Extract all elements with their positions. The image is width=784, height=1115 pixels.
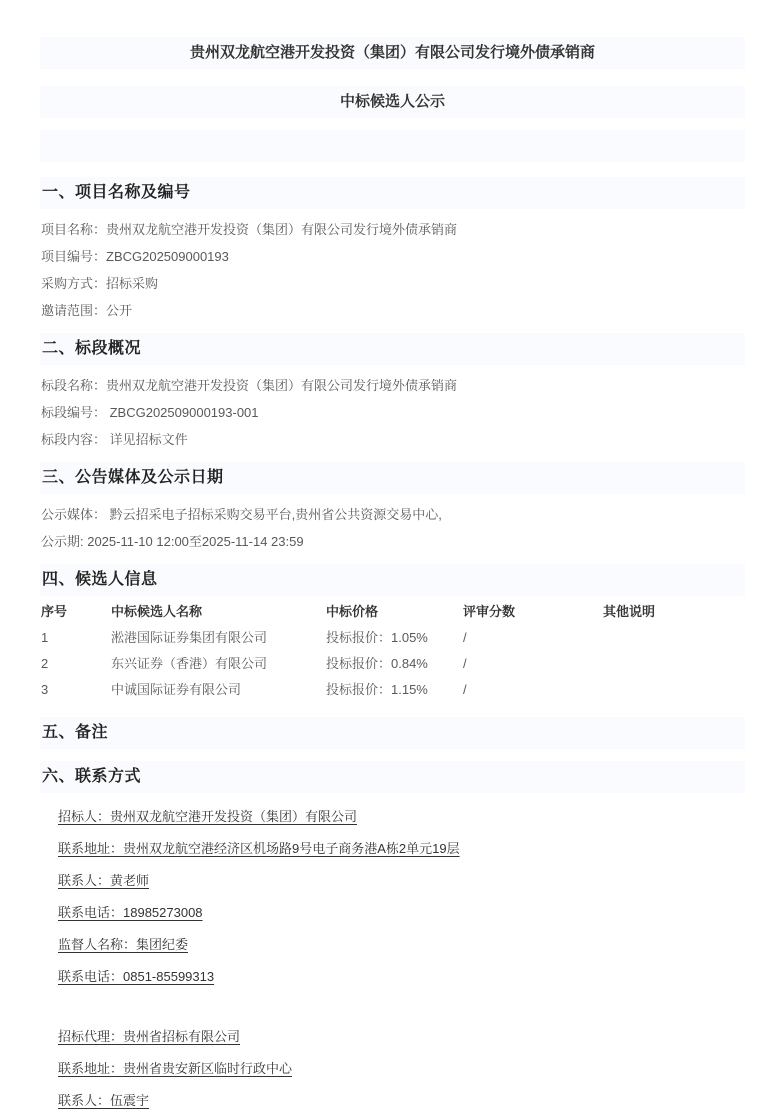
cell-review-score: / — [462, 625, 602, 651]
section-heading-media-dates: 三、公告媒体及公示日期 — [40, 462, 745, 494]
field-project-name: 项目名称：贵州双龙航空港开发投资（集团）有限公司发行境外债承销商 — [41, 216, 745, 243]
contact-tenderer-phone: 联系电话：18985273008 — [58, 897, 745, 929]
field-project-number: 项目编号：ZBCG202509000193 — [41, 243, 745, 270]
field-procurement-method: 采购方式：招标采购 — [41, 270, 745, 297]
section-heading-contact-info: 六、联系方式 — [40, 761, 745, 793]
column-header-seq: 序号 — [40, 599, 110, 625]
cell-bid-price: 投标报价：0.84% — [325, 651, 462, 677]
field-publicity-period: 公示期: 2025-11-10 12:00至2025-11-14 23:59 — [41, 528, 745, 555]
contact-agent-address: 联系地址：贵州省贵安新区临时行政中心 — [58, 1053, 745, 1085]
contact-supervisor-phone: 联系电话：0851-85599313 — [58, 961, 745, 993]
section-heading-candidates: 四、候选人信息 — [40, 564, 745, 596]
column-header-candidate-name: 中标候选人名称 — [110, 599, 325, 625]
cell-candidate-name: 东兴证券（香港）有限公司 — [110, 651, 325, 677]
column-header-other-notes: 其他说明 — [602, 599, 745, 625]
cell-seq: 3 — [40, 677, 110, 703]
cell-candidate-name: 中诚国际证券有限公司 — [110, 677, 325, 703]
field-lot-name: 标段名称：贵州双龙航空港开发投资（集团）有限公司发行境外债承销商 — [41, 372, 745, 399]
contact-agent: 招标代理：贵州省招标有限公司 — [58, 1021, 745, 1053]
contact-block-tenderer: 招标人：贵州双龙航空港开发投资（集团）有限公司 联系地址：贵州双龙航空港经济区机… — [40, 793, 745, 993]
cell-other-notes — [602, 625, 745, 651]
field-lot-content: 标段内容： 详见招标文件 — [41, 426, 745, 453]
section-lot-overview: 标段名称：贵州双龙航空港开发投资（集团）有限公司发行境外债承销商 标段编号： Z… — [40, 365, 745, 462]
table-row: 2 东兴证券（香港）有限公司 投标报价：0.84% / — [40, 651, 745, 677]
section-heading-remarks: 五、备注 — [40, 717, 745, 749]
cell-review-score: / — [462, 677, 602, 703]
field-publicity-media: 公示媒体： 黔云招采电子招标采购交易平台,贵州省公共资源交易中心, — [41, 501, 745, 528]
table-row: 1 淞港国际证券集团有限公司 投标报价：1.05% / — [40, 625, 745, 651]
cell-seq: 1 — [40, 625, 110, 651]
contact-tenderer-address: 联系地址：贵州双龙航空港经济区机场路9号电子商务港A栋2单元19层 — [58, 833, 745, 865]
spacer-band — [40, 130, 745, 162]
field-lot-number: 标段编号： ZBCG202509000193-001 — [41, 399, 745, 426]
contact-tenderer-person: 联系人：黄老师 — [58, 865, 745, 897]
field-invitation-scope: 邀请范围：公开 — [41, 297, 745, 324]
contact-tenderer: 招标人：贵州双龙航空港开发投资（集团）有限公司 — [58, 801, 745, 833]
cell-seq: 2 — [40, 651, 110, 677]
announcement-document: 贵州双龙航空港开发投资（集团）有限公司发行境外债承销商 中标候选人公示 一、项目… — [40, 37, 745, 1115]
section-media-dates: 公示媒体： 黔云招采电子招标采购交易平台,贵州省公共资源交易中心, 公示期: 2… — [40, 494, 745, 564]
cell-review-score: / — [462, 651, 602, 677]
column-header-review-score: 评审分数 — [462, 599, 602, 625]
spacer — [40, 749, 745, 761]
document-title-line2: 中标候选人公示 — [40, 86, 745, 118]
table-row: 3 中诚国际证券有限公司 投标报价：1.15% / — [40, 677, 745, 703]
cell-candidate-name: 淞港国际证券集团有限公司 — [110, 625, 325, 651]
contact-agent-person: 联系人：伍震宇 — [58, 1085, 745, 1115]
cell-other-notes — [602, 677, 745, 703]
section-heading-lot-overview: 二、标段概况 — [40, 333, 745, 365]
cell-bid-price: 投标报价：1.05% — [325, 625, 462, 651]
cell-bid-price: 投标报价：1.15% — [325, 677, 462, 703]
contact-block-agent: 招标代理：贵州省招标有限公司 联系地址：贵州省贵安新区临时行政中心 联系人：伍震… — [40, 1021, 745, 1115]
spacer — [40, 993, 745, 1021]
contact-supervisor-name: 监督人名称：集团纪委 — [58, 929, 745, 961]
candidates-table-header-row: 序号 中标候选人名称 中标价格 评审分数 其他说明 — [40, 599, 745, 625]
section-project-info: 项目名称：贵州双龙航空港开发投资（集团）有限公司发行境外债承销商 项目编号：ZB… — [40, 209, 745, 333]
section-heading-project-info: 一、项目名称及编号 — [40, 177, 745, 209]
document-title-line1: 贵州双龙航空港开发投资（集团）有限公司发行境外债承销商 — [40, 37, 745, 69]
cell-other-notes — [602, 651, 745, 677]
column-header-bid-price: 中标价格 — [325, 599, 462, 625]
candidates-table: 序号 中标候选人名称 中标价格 评审分数 其他说明 1 淞港国际证券集团有限公司… — [40, 599, 745, 703]
